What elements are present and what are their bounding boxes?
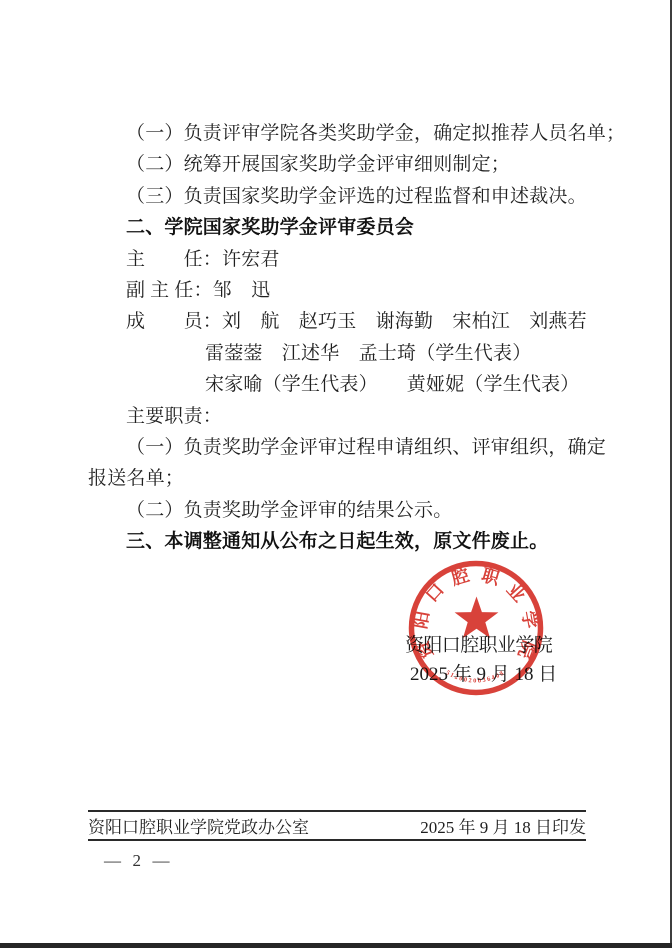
page-number: — 2 —: [104, 851, 171, 871]
footer-print-date: 2025 年 9 月 18 日印发: [420, 813, 586, 838]
document-body: （一）负责评审学院各类奖助学金，确定拟推荐人员名单； （二）统筹开展国家奖助学金…: [88, 118, 608, 557]
document-line: 宋家喻（学生代表） 黄娅妮（学生代表）: [88, 369, 608, 400]
section-heading: 三、本调整通知从公布之日起生效，原文件废止。: [88, 526, 608, 557]
official-seal: 资阳口腔职业学院 5120020036408: [403, 557, 548, 702]
document-line: 成 员：刘 航 赵巧玉 谢海勤 宋柏江 刘燕若: [88, 306, 608, 337]
footer-issuer: 资阳口腔职业学院党政办公室: [88, 813, 309, 838]
scan-edge-bottom: [0, 943, 672, 948]
document-line: 主 任：许宏君: [88, 244, 608, 275]
document-line: 雷蓥蓥 江述华 孟士琦（学生代表）: [88, 338, 608, 369]
footer-row: 资阳口腔职业学院党政办公室 2025 年 9 月 18 日印发: [88, 813, 586, 837]
section-heading: 二、学院国家奖助学金评审委员会: [88, 212, 608, 243]
footer-rule-bottom: [88, 839, 586, 841]
document-line: 副 主 任：邹 迅: [88, 275, 608, 306]
document-line: 主要职责：: [88, 401, 608, 432]
seal-star-icon: [455, 597, 499, 639]
document-line: （三）负责国家奖助学金评选的过程监督和申述裁决。: [88, 181, 608, 212]
document-line: （二）负责奖助学金评审的结果公示。: [88, 495, 608, 526]
document-page: （一）负责评审学院各类奖助学金，确定拟推荐人员名单； （二）统筹开展国家奖助学金…: [0, 0, 672, 948]
seal-code: 5120020036408: [445, 669, 507, 684]
document-line: （一）负责评审学院各类奖助学金，确定拟推荐人员名单；: [88, 118, 608, 149]
document-line: （一）负责奖助学金评审过程申请组织、评审组织，确定: [88, 432, 608, 463]
seal-code-wrap: 5120020036408: [445, 669, 507, 684]
document-line: （二）统筹开展国家奖助学金评审细则制定；: [88, 149, 608, 180]
document-line: 报送名单；: [88, 463, 608, 494]
